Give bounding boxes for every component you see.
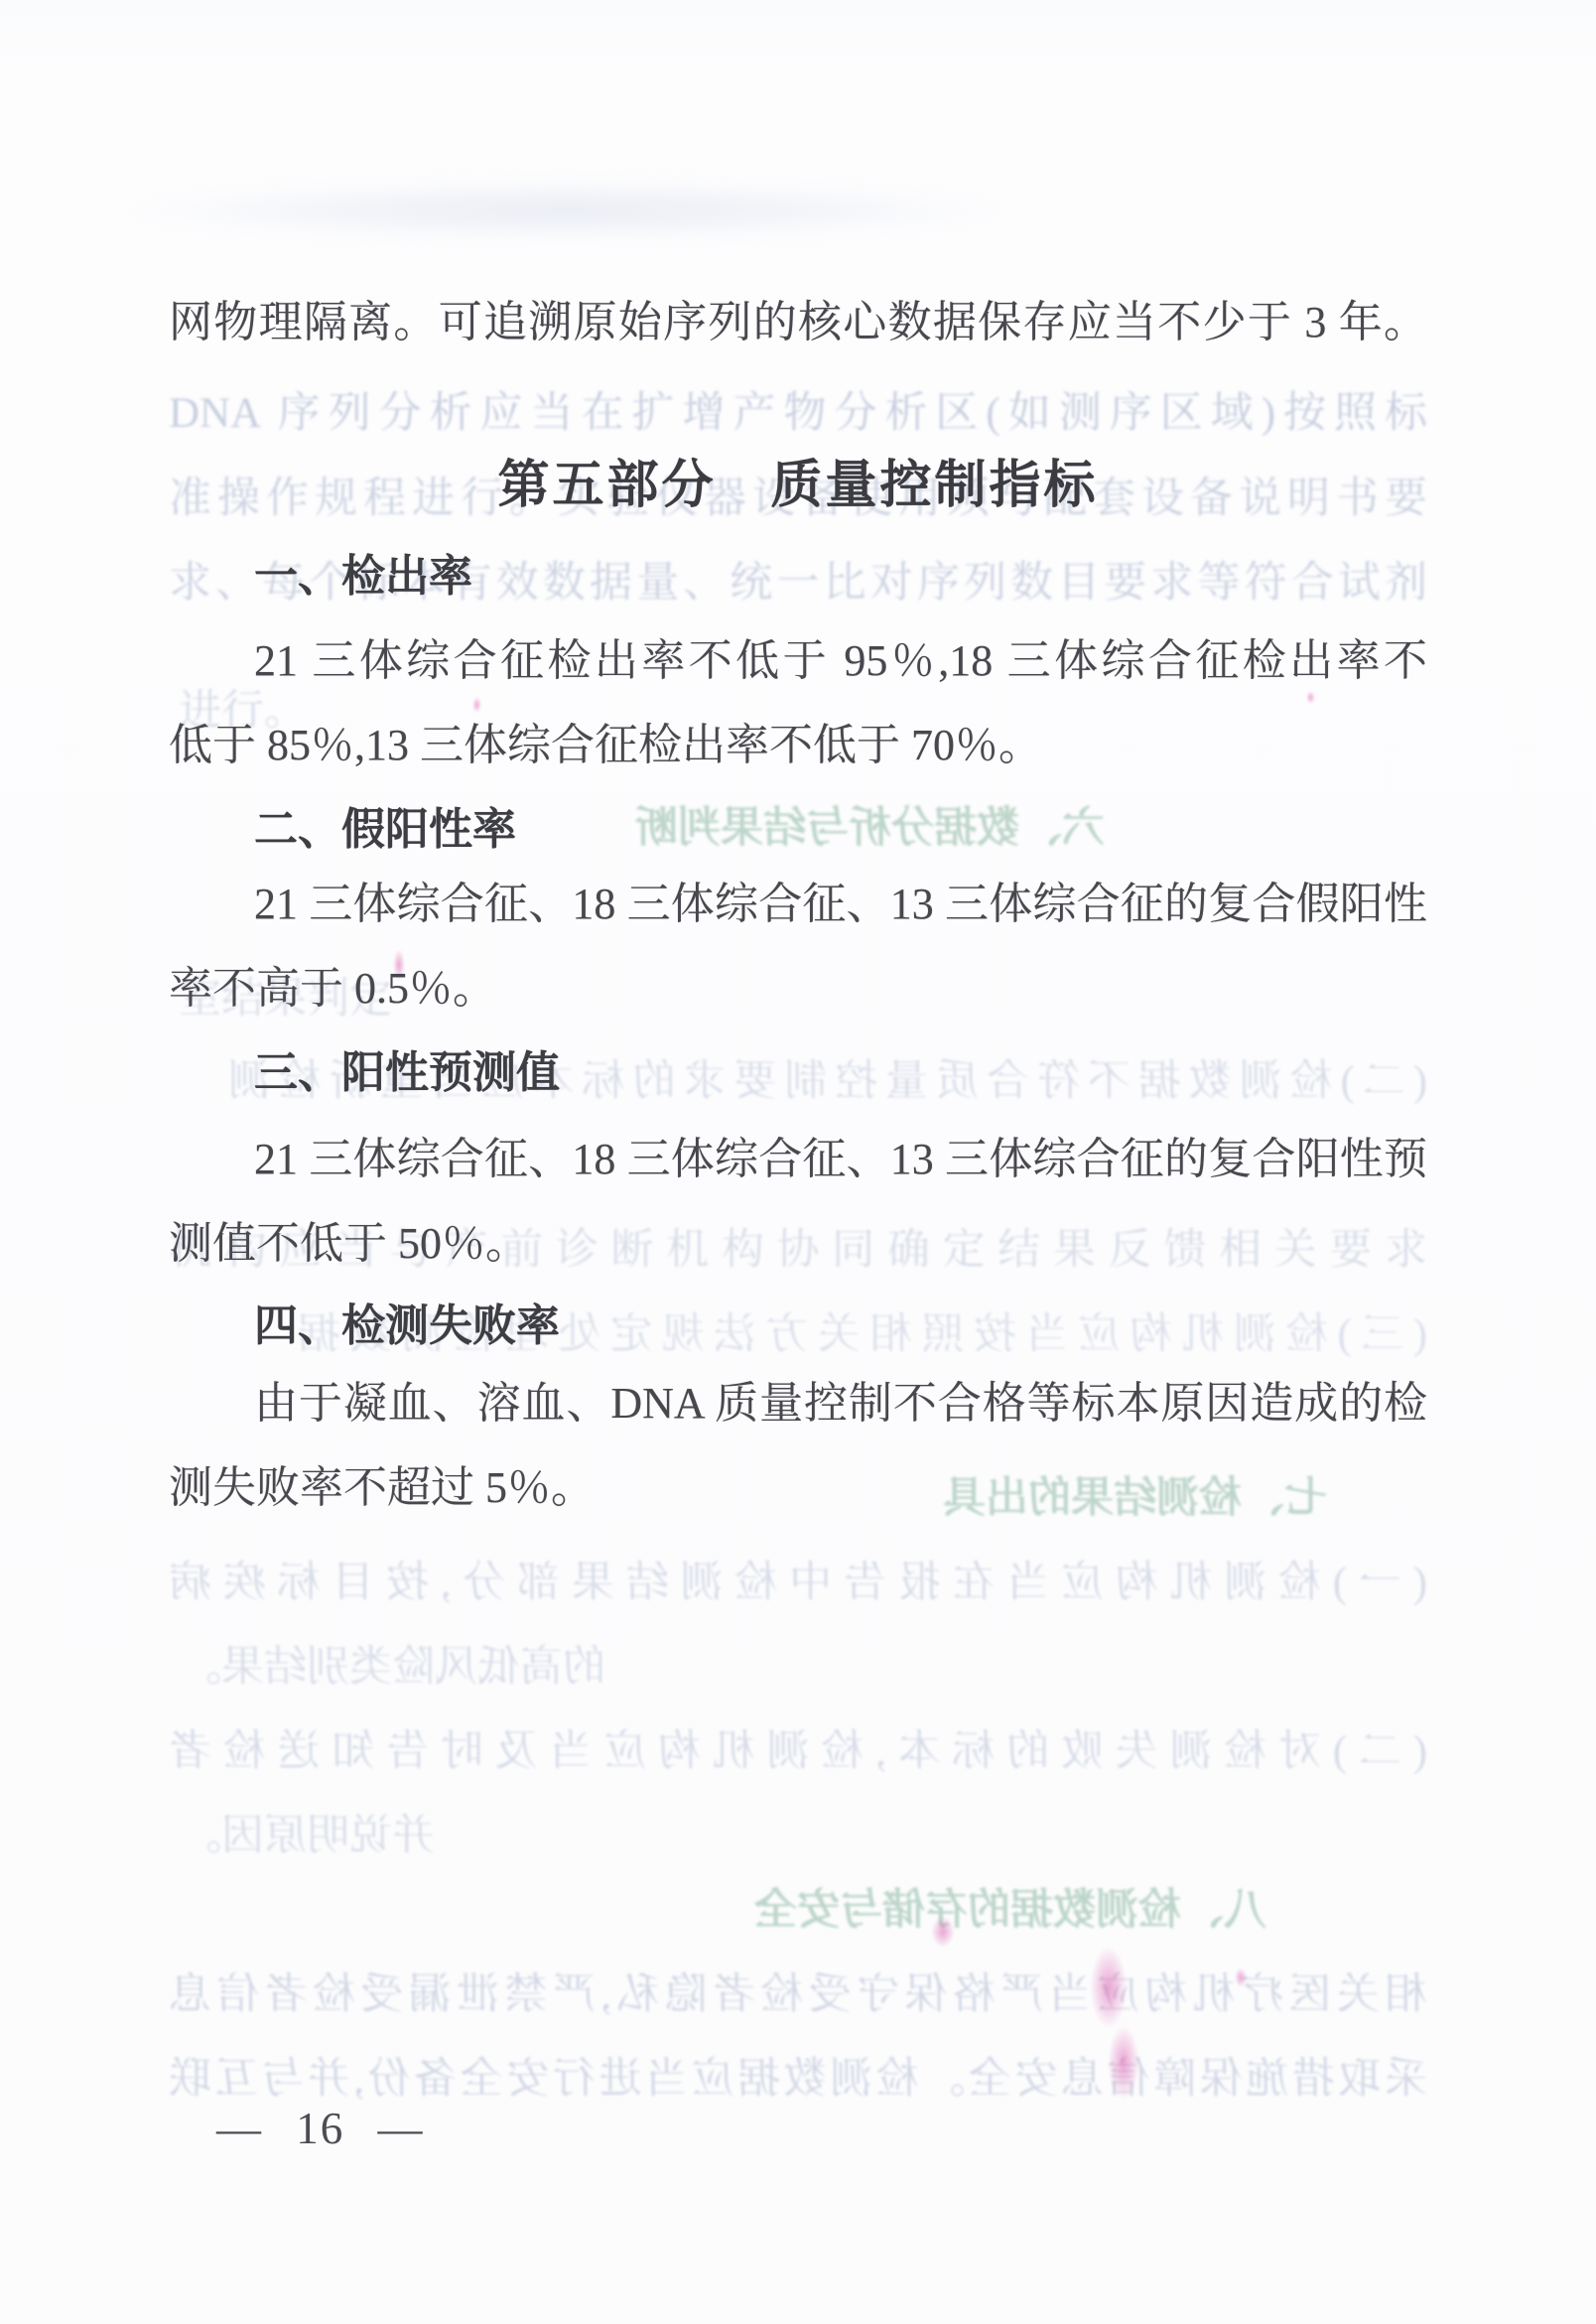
- ink-smudge: [472, 697, 481, 713]
- section-heading: 三、阳性预测值: [254, 1044, 560, 1102]
- body-line: 网物理隔离。可追溯原始序列的核心数据保存应当不少于 3 年。: [169, 294, 1427, 351]
- bleedthrough-line: 七、检测结果的出具: [943, 1472, 1327, 1526]
- bleedthrough-line: 采取措施保障信息安全。检测数据应当进行安全备份,并与互联: [169, 2053, 1427, 2107]
- body-line: 由于凝血、溶血、DNA 质量控制不合格等标本原因造成的检: [254, 1375, 1427, 1433]
- bleedthrough-line: DNA 序列分析应当在扩增产物分析区(如测序区域)按照标: [169, 387, 1427, 441]
- body-line: 率不高于 0.5％。: [169, 960, 496, 1018]
- ink-smudge: [1306, 691, 1315, 704]
- ink-smudge: [1090, 1946, 1128, 2029]
- section-heading: 四、检测失败率: [254, 1298, 560, 1355]
- bleedthrough-line: 八、检测数据的存储与安全: [754, 1884, 1266, 1938]
- bleedthrough-line: 并说明原因。: [179, 1810, 435, 1863]
- body-line: 低于 85％,13 三体综合征检出率不低于 70％。: [169, 717, 1042, 774]
- ink-smudge: [1235, 1968, 1247, 1987]
- bleedthrough-line: 六、数据分析与结果判断: [635, 802, 1105, 856]
- scanned-document-page: DNA 序列分析应当在扩增产物分析区(如测序区域)按照标准操作规程进行。实验仪器…: [0, 0, 1596, 2324]
- body-line: 21 三体综合征检出率不低于 95％,18 三体综合征检出率不: [254, 632, 1427, 690]
- ink-smudge: [931, 1916, 955, 1948]
- page-number: — 16 —: [216, 2103, 425, 2154]
- body-line: 测失败率不超过 5％。: [169, 1459, 595, 1517]
- ink-smudge: [1108, 2025, 1139, 2101]
- body-line: 测值不低于 50％。: [169, 1215, 529, 1273]
- body-line: 21 三体综合征、18 三体综合征、13 三体综合征的复合阳性预: [254, 1131, 1427, 1188]
- bleedthrough-line: (二)对检测失败的标本,检测机构应当及时告知送检者: [169, 1725, 1427, 1779]
- bleedthrough-line: (一)检测机构应当在报告中检测结果部分,按目标疾病: [169, 1557, 1427, 1610]
- section-heading: 一、检出率: [254, 548, 472, 606]
- body-line: 21 三体综合征、18 三体综合征、13 三体综合征的复合假阳性: [254, 876, 1427, 933]
- section-heading: 二、假阳性率: [254, 801, 516, 859]
- scan-wash: [129, 181, 1002, 240]
- part-title: 第五部分 质量控制指标: [0, 455, 1596, 518]
- bleedthrough-line: 的高低风险类别结果。: [179, 1641, 605, 1695]
